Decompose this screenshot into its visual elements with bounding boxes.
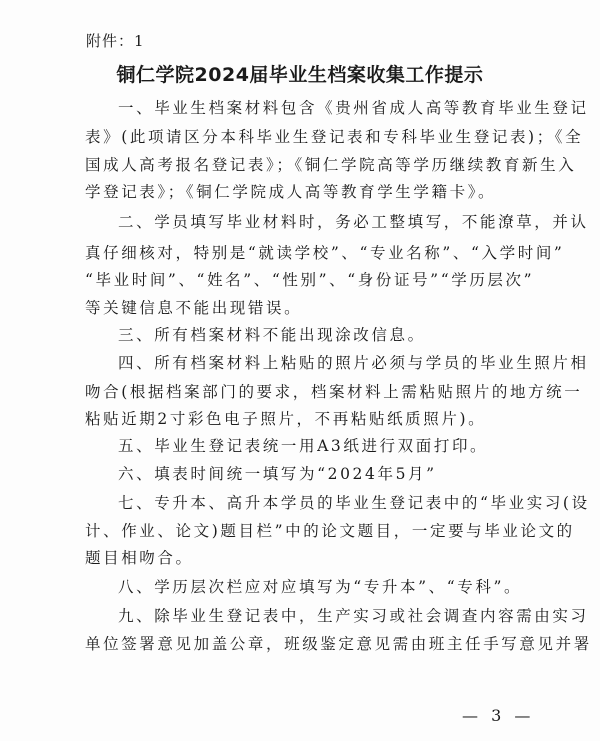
- paragraph-line: 八、学历层次栏应对应填写为“专升本”、“专科”。: [118, 577, 525, 597]
- document-title: 铜仁学院2024届毕业生档案收集工作提示: [0, 60, 600, 87]
- paragraph-line: 表》(此项请区分本科毕业生登记表和专科毕业生登记表)；《全: [85, 127, 525, 147]
- paragraph-line: “毕业时间”、“姓名”、“性别”、“身份证号”“学历层次”: [85, 270, 525, 290]
- paragraph-line: 四、所有档案材料上粘贴的照片必须与学员的毕业生照片相: [118, 353, 525, 373]
- paragraph-line: 真仔细核对，特别是“就读学校”、“专业名称”、“入学时间”: [85, 243, 525, 263]
- paragraph-line: 等关键信息不能出现错误。: [85, 298, 525, 318]
- paragraph-line: 六、填表时间统一填写为“2024年5月”: [118, 464, 525, 484]
- document-page: 附件：1 铜仁学院2024届毕业生档案收集工作提示 一、毕业生档案材料包含《贵州…: [0, 0, 600, 741]
- paragraph-line: 二、学员填写毕业材料时，务必工整填写，不能潦草，并认: [118, 212, 525, 232]
- paragraph-line: 计、作业、论文)题目栏”中的论文题目，一定要与毕业论文的: [85, 521, 525, 541]
- paragraph-line: 题目相吻合。: [85, 548, 525, 568]
- paragraph-line: 单位签署意见加盖公章，班级鉴定意见需由班主任手写意见并署: [85, 634, 525, 654]
- paragraph-line: 粘贴近期2寸彩色电子照片，不再粘贴纸质照片)。: [85, 409, 525, 429]
- paragraph-line: 吻合(根据档案部门的要求，档案材料上需粘贴照片的地方统一: [85, 382, 525, 402]
- paragraph-line: 国成人高考报名登记表》；《铜仁学院高等学历继续教育新生入: [85, 155, 525, 175]
- paragraph-line: 九、除毕业生登记表中，生产实习或社会调查内容需由实习: [118, 606, 525, 626]
- paragraph-line: 七、专升本、高升本学员的毕业生登记表中的“毕业实习(设: [118, 493, 525, 513]
- paragraph-line: 一、毕业生档案材料包含《贵州省成人高等教育毕业生登记: [118, 98, 525, 118]
- paragraph-line: 三、所有档案材料不能出现涂改信息。: [118, 325, 525, 345]
- paragraph-line: 五、毕业生登记表统一用A3纸进行双面打印。: [118, 436, 525, 456]
- page-number: — 3 —: [462, 706, 534, 725]
- attachment-label: 附件：1: [86, 30, 145, 51]
- paragraph-line: 学登记表》；《铜仁学院成人高等教育学生学籍卡》。: [85, 182, 525, 202]
